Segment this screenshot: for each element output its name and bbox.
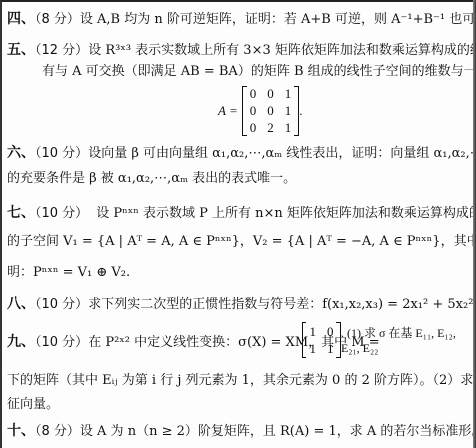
question-text: 设向量 β 可由向量组 α₁,α₂,⋯,αₘ 线性表出，证明：向量组 α₁,α₂…	[88, 146, 476, 161]
question-text: 求下列实二次型的正惯性指数与符号差：f(x₁,x₂,x₃) = 2x₁² + 5…	[88, 297, 476, 312]
question-number: 四、	[7, 11, 35, 27]
question-6: 六、（10 分）设向量 β 可由向量组 α₁,α₂,⋯,αₘ 线性表出，证明：向…	[7, 145, 476, 162]
matrix-cell: 1	[309, 340, 316, 357]
question-number: 八、	[7, 296, 35, 312]
question-7-line-3: 明：Pⁿˣⁿ = V₁ ⊕ V₂.	[7, 265, 130, 281]
matrix-a: A = 0 0 1 0 0 1 0 2 1 .	[218, 86, 302, 136]
matrix-cell: 1	[327, 340, 334, 357]
question-points: （10 分）	[35, 206, 88, 221]
matrix-m: 1 0 1 1 . (1) 求 σ 在基 E₁₁, E₁₂, E₂₁, E₂₂	[302, 322, 476, 358]
matrix-cell: 0	[327, 323, 334, 340]
question-4: 四、（8 分）设 A,B 均为 n 阶可逆矩阵，证明：若 A+B 可逆，则 A⁻…	[7, 11, 476, 28]
matrix-cell: 0	[250, 120, 257, 136]
question-5: 五、（12 分）设 R³ˣ³ 表示实数域上所有 3×3 矩阵依矩阵加法和数乘运算…	[7, 42, 476, 59]
matrix-cell: 1	[309, 323, 316, 340]
question-number: 五、	[7, 42, 35, 58]
question-9-line-3: 征向量。	[7, 397, 59, 413]
question-9-line-2: 下的矩阵（其中 Eᵢⱼ 为第 i 行 j 列元素为 1，其余元素为 0 的 2 …	[7, 373, 476, 389]
question-text: 设 A,B 均为 n 阶可逆矩阵，证明：若 A+B 可逆，则 A⁻¹+B⁻¹ 也…	[80, 12, 476, 27]
question-number: 十、	[7, 423, 35, 439]
question-points: （8 分）	[35, 12, 80, 27]
question-text: 设 R³ˣ³ 表示实数域上所有 3×3 矩阵依矩阵加法和数乘运算构成的线性空间，…	[88, 43, 476, 58]
question-points: （10 分）	[35, 146, 88, 161]
matrix-cell: 0	[250, 103, 257, 119]
matrix-cell: 0	[267, 103, 274, 119]
question-10: 十、（8 分）设 A 为 n（n ≥ 2）阶复矩阵，且 R(A) = 1，求 A…	[7, 423, 476, 440]
exam-page: 四、（8 分）设 A,B 均为 n 阶可逆矩阵，证明：若 A+B 可逆，则 A⁻…	[0, 0, 476, 448]
question-number: 九、	[7, 334, 35, 350]
matrix-suffix: .	[299, 103, 302, 119]
question-points: （10 分）	[35, 297, 88, 312]
matrix-cell: 1	[285, 103, 292, 119]
matrix-cell: 0	[267, 86, 274, 102]
question-text: 设 Pⁿˣⁿ 表示数域 P 上所有 n×n 矩阵依矩阵加法和数乘运算构成的线性空…	[96, 206, 476, 221]
question-5-line-2: 有与 A 可交换（即满足 AB = BA）的矩阵 B 组成的线性子空间的维数与一…	[42, 64, 476, 80]
question-text-continued: . (1) 求 σ 在基 E₁₁, E₁₂, E₂₁, E₂₂	[341, 324, 476, 356]
question-number: 七、	[7, 205, 35, 221]
question-points: （12 分）	[35, 43, 88, 58]
matrix-cell: 1	[285, 86, 292, 102]
question-points: （10 分）	[35, 335, 88, 350]
matrix-cell: 1	[285, 120, 292, 136]
question-8: 八、（10 分）求下列实二次型的正惯性指数与符号差：f(x₁,x₂,x₃) = …	[7, 296, 476, 313]
question-points: （8 分）	[35, 424, 80, 439]
question-number: 六、	[7, 145, 35, 161]
question-6-line-2: 的充要条件是 β 被 α₁,α₂,⋯,αₘ 表出的表式唯一。	[7, 171, 296, 187]
question-text: 设 A 为 n（n ≥ 2）阶复矩阵，且 R(A) = 1，求 A 的若尔当标准…	[80, 424, 476, 439]
question-7-line-2: 的子空间 V₁ = {A | Aᵀ = A, A ∈ Pⁿˣⁿ}，V₂ = {A…	[7, 234, 476, 250]
matrix-cell: 2	[267, 120, 274, 136]
matrix-cell: 0	[250, 86, 257, 102]
matrix-label: A =	[218, 103, 238, 119]
question-7: 七、（10 分）设 Pⁿˣⁿ 表示数域 P 上所有 n×n 矩阵依矩阵加法和数乘…	[7, 205, 476, 222]
